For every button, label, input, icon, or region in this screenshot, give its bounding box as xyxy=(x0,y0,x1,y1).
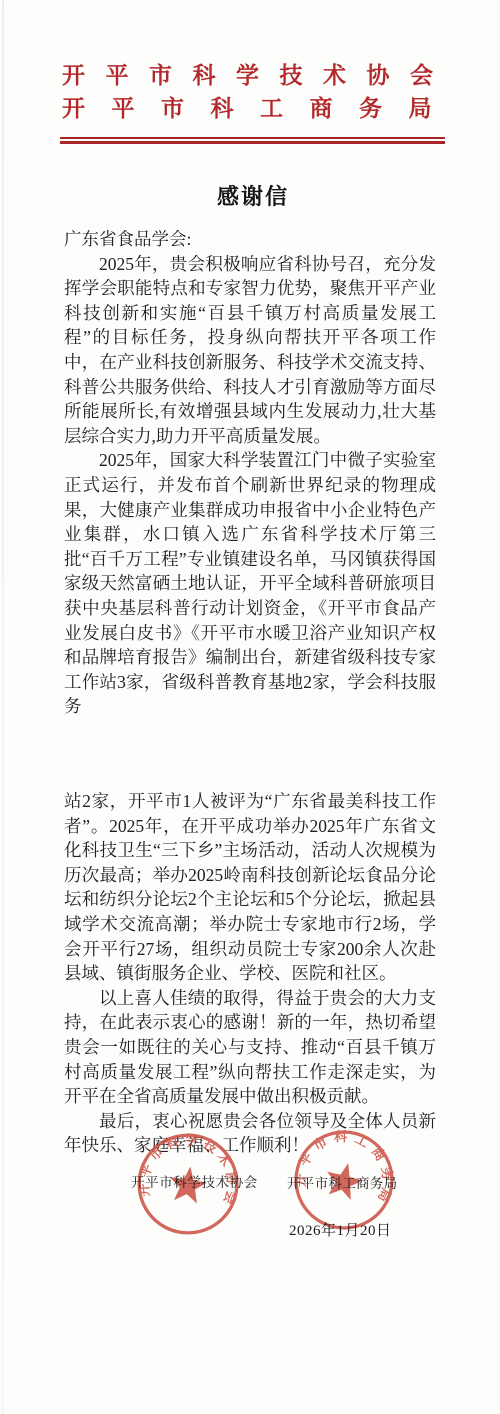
signature-date: 2026年1月20日 xyxy=(289,1219,392,1240)
paragraph-2-continuation: 站2家，开平市1人被评为“广东省最美科技工作者”。2025年，在开平成功举办20… xyxy=(64,789,436,986)
letterhead: 开平市科学技术协会 开平市科工商务局 xyxy=(62,64,442,130)
letter-title: 感谢信 xyxy=(0,180,500,211)
letterhead-divider-rule xyxy=(60,137,445,144)
signature-org-left: 开平市科学技术协会 xyxy=(131,1171,258,1191)
scanned-letter-page: 开平市科学技术协会 开平市科工商务局 感谢信 广东省食品学会: 2025年，贵会… xyxy=(0,0,500,1414)
signature-org-right: 开平市科工商务局 xyxy=(287,1172,397,1192)
letterhead-line-1: 开平市科学技术协会 xyxy=(62,64,442,97)
paragraph-3: 以上喜人佳绩的取得，得益于贵会的大力支持，在此表示衷心的感谢！新的一年，热切希望… xyxy=(64,986,436,1109)
scan-edge-artifact xyxy=(2,0,4,1414)
paragraph-2: 2025年，国家大科学装置江门中微子实验室正式运行，并发布首个刷新世界纪录的物理… xyxy=(64,448,436,719)
paragraph-1: 2025年，贵会积极响应省科协号召，充分发挥学会职能特点和专家智力优势，聚焦开平… xyxy=(64,252,436,449)
letter-body-page1: 广东省食品学会: 2025年，贵会积极响应省科协号召，充分发挥学会职能特点和专家… xyxy=(64,227,436,719)
letter-body-page2: 站2家，开平市1人被评为“广东省最美科技工作者”。2025年，在开平成功举办20… xyxy=(64,789,436,1158)
salutation: 广东省食品学会: xyxy=(64,227,436,252)
letterhead-line-2: 开平市科工商务局 xyxy=(62,97,442,130)
